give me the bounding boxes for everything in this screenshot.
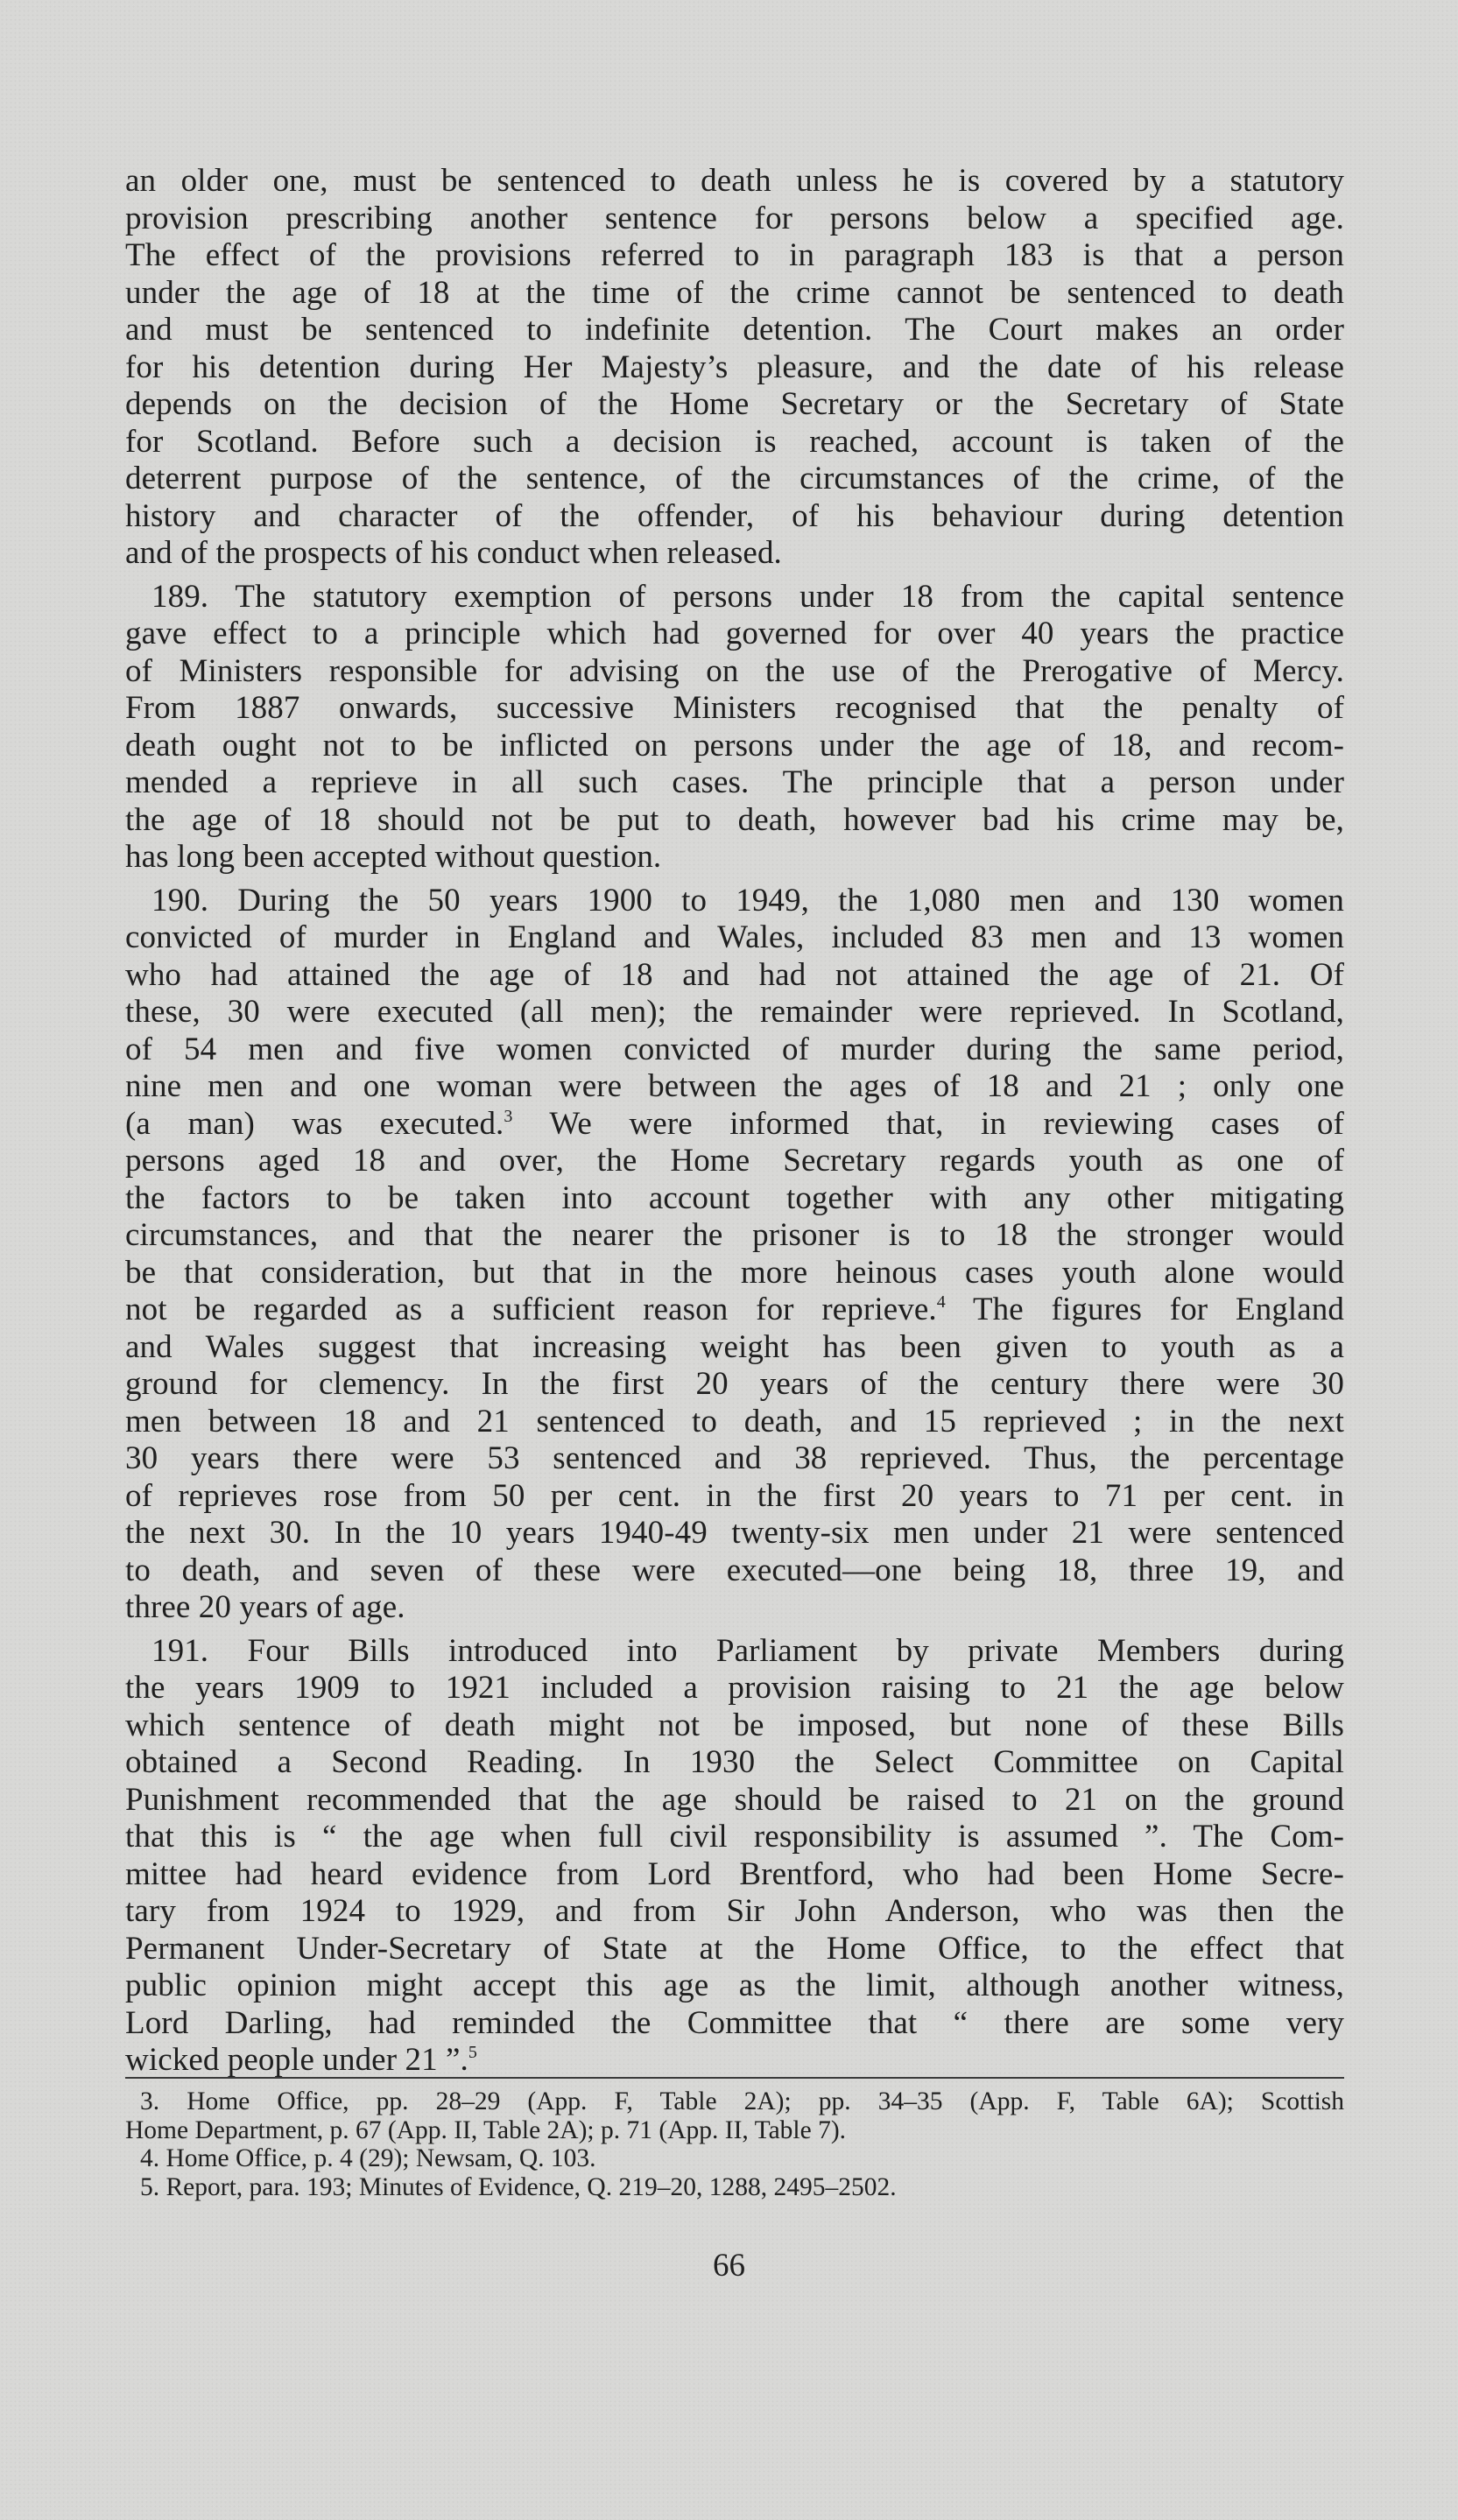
text-line: these, 30 were executed (all men); the r… [125, 994, 1344, 1031]
text-line: provision prescribing another sentence f… [125, 201, 1344, 238]
text-line: obtained a Second Reading. In 1930 the S… [125, 1744, 1344, 1782]
text-line: for Scotland. Before such a decision is … [125, 424, 1344, 461]
text-line: of 54 men and five women convicted of mu… [125, 1031, 1344, 1069]
text-line: persons aged 18 and over, the Home Secre… [125, 1143, 1344, 1180]
footnote-line: 4. Home Office, p. 4 (29); Newsam, Q. 10… [125, 2144, 1344, 2173]
text-line: of reprieves rose from 50 per cent. in t… [125, 1478, 1344, 1516]
text-line: nine men and one woman were between the … [125, 1068, 1344, 1106]
text-line: deterrent purpose of the sentence, of th… [125, 461, 1344, 498]
paragraph-para-190: 190. During the 50 years 1900 to 1949, t… [125, 883, 1344, 1627]
text-line: depends on the decision of the Home Secr… [125, 386, 1344, 424]
footnote-reference[interactable]: 3 [504, 1107, 512, 1126]
text-line: the factors to be taken into account tog… [125, 1180, 1344, 1218]
text-line: the age of 18 should not be put to death… [125, 802, 1344, 840]
page-number: 66 [0, 2248, 1458, 2284]
footnote-divider [125, 2077, 1344, 2079]
text-line: wicked people under 21 ”.5 [125, 2042, 1344, 2080]
text-line: public opinion might accept this age as … [125, 1967, 1344, 2005]
text-line: of Ministers responsible for advising on… [125, 653, 1344, 691]
text-line: who had attained the age of 18 and had n… [125, 957, 1344, 995]
text-line: 30 years there were 53 sentenced and 38 … [125, 1440, 1344, 1478]
footnote-3: 3. Home Office, pp. 28–29 (App. F, Table… [125, 2087, 1344, 2144]
text-line: to death, and seven of these were execut… [125, 1552, 1344, 1590]
text-line: not be regarded as a sufficient reason f… [125, 1292, 1344, 1329]
text-line: history and character of the offender, o… [125, 498, 1344, 536]
text-line: 189. The statutory exemption of persons … [125, 579, 1344, 616]
text-line: which sentence of death might not be imp… [125, 1707, 1344, 1745]
text-line: death ought not to be inflicted on perso… [125, 728, 1344, 765]
text-line: men between 18 and 21 sentenced to death… [125, 1404, 1344, 1441]
paragraph-para-189: 189. The statutory exemption of persons … [125, 579, 1344, 876]
text-line: Lord Darling, had reminded the Committee… [125, 2005, 1344, 2043]
text-line: has long been accepted without question. [125, 839, 1344, 876]
footnote-line: 5. Report, para. 193; Minutes of Evidenc… [125, 2173, 1344, 2202]
text-line: tary from 1924 to 1929, and from Sir Joh… [125, 1893, 1344, 1931]
text-line: From 1887 onwards, successive Ministers … [125, 690, 1344, 728]
text-line: be that consideration, but that in the m… [125, 1255, 1344, 1292]
text-line: ground for clemency. In the first 20 yea… [125, 1366, 1344, 1404]
footnote-line: Home Department, p. 67 (App. II, Table 2… [125, 2116, 1344, 2145]
text-line: (a man) was executed.3 We were informed … [125, 1106, 1344, 1144]
text-line: and Wales suggest that increasing weight… [125, 1329, 1344, 1367]
paragraph-cont-188: an older one, must be sentenced to death… [125, 163, 1344, 573]
text-line: under the age of 18 at the time of the c… [125, 275, 1344, 313]
footnote-5: 5. Report, para. 193; Minutes of Evidenc… [125, 2173, 1344, 2202]
paragraph-para-191: 191. Four Bills introduced into Parliame… [125, 1633, 1344, 2080]
text-line: an older one, must be sentenced to death… [125, 163, 1344, 201]
footnote-4: 4. Home Office, p. 4 (29); Newsam, Q. 10… [125, 2144, 1344, 2173]
footnotes: 3. Home Office, pp. 28–29 (App. F, Table… [125, 2087, 1344, 2201]
footnote-reference[interactable]: 4 [937, 1292, 946, 1312]
text-line: Punishment recommended that the age shou… [125, 1782, 1344, 1820]
text-line: and must be sentenced to indefinite dete… [125, 312, 1344, 349]
text-line: convicted of murder in England and Wales… [125, 919, 1344, 957]
text-line: for his detention during Her Majesty’s p… [125, 349, 1344, 387]
footnote-reference[interactable]: 5 [468, 2043, 477, 2062]
body-text: an older one, must be sentenced to death… [125, 163, 1344, 2086]
text-line: mittee had heard evidence from Lord Bren… [125, 1856, 1344, 1894]
text-line: that this is “ the age when full civil r… [125, 1819, 1344, 1856]
text-line: Permanent Under-Secretary of State at th… [125, 1931, 1344, 1968]
text-line: gave effect to a principle which had gov… [125, 616, 1344, 653]
text-line: 191. Four Bills introduced into Parliame… [125, 1633, 1344, 1671]
text-line: the years 1909 to 1921 included a provis… [125, 1670, 1344, 1707]
text-line: 190. During the 50 years 1900 to 1949, t… [125, 883, 1344, 920]
text-line: the next 30. In the 10 years 1940-49 twe… [125, 1515, 1344, 1552]
text-line: and of the prospects of his conduct when… [125, 535, 1344, 573]
footnote-line: 3. Home Office, pp. 28–29 (App. F, Table… [125, 2087, 1344, 2116]
text-line: The effect of the provisions referred to… [125, 237, 1344, 275]
text-line: three 20 years of age. [125, 1589, 1344, 1627]
text-line: circumstances, and that the nearer the p… [125, 1217, 1344, 1255]
text-line: mended a reprieve in all such cases. The… [125, 764, 1344, 802]
